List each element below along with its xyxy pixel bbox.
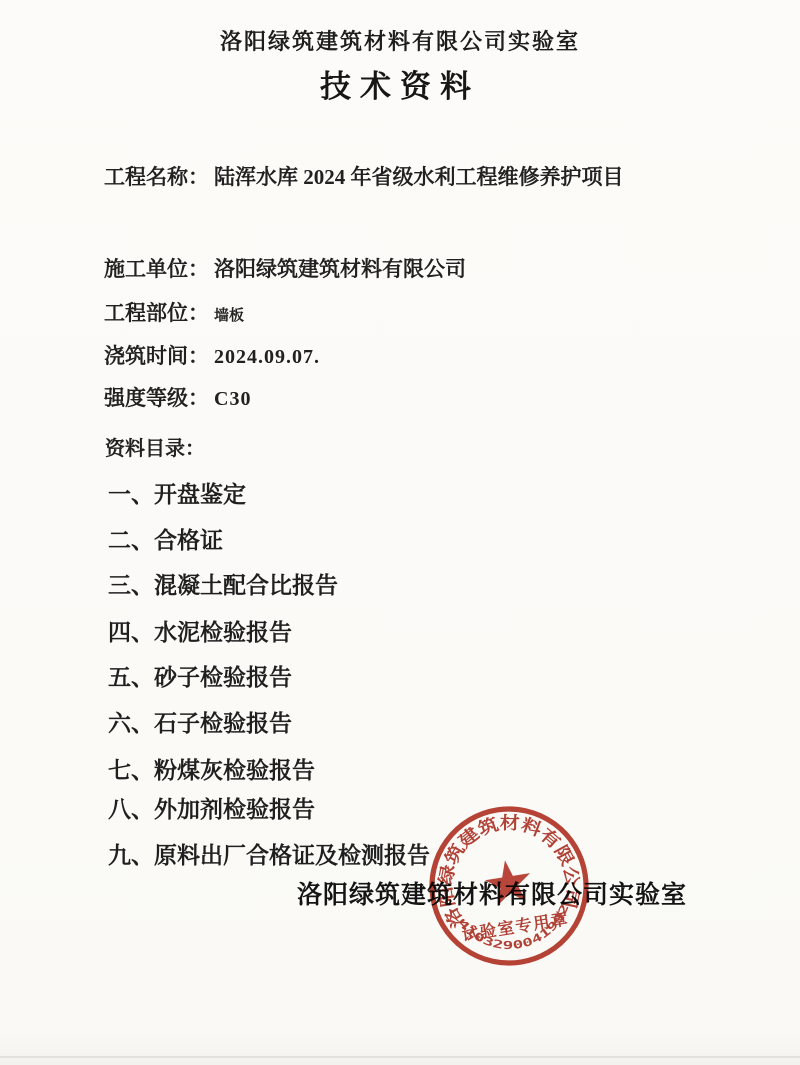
doc-title: 技术资料 bbox=[0, 61, 800, 106]
field-project-name-value: 陆浑水库 2024 年省级水利工程维修养护项目 bbox=[214, 161, 624, 191]
document-page: 洛阳绿筑建筑材料有限公司实验室 技术资料 工程名称： 陆浑水库 2024 年省级… bbox=[0, 0, 800, 1065]
catalog-item-3: 三、混凝土配合比报告 bbox=[108, 567, 338, 600]
catalog-heading: 资料目录： bbox=[105, 432, 205, 461]
catalog-item-1: 一、开盘鉴定 bbox=[108, 476, 246, 509]
field-part: 工程部位： 墙板 bbox=[104, 297, 244, 327]
field-strength: 强度等级： C30 bbox=[104, 382, 251, 412]
field-project-name-label: 工程名称： bbox=[104, 161, 209, 191]
stamp-star-icon bbox=[482, 857, 534, 907]
catalog-item-7: 七、粉煤灰检验报告 bbox=[108, 752, 315, 785]
catalog-item-2: 二、合格证 bbox=[108, 522, 223, 555]
laboratory-stamp: 洛阳绿筑建筑材料有限公司 试验室专用章 4103290041992 bbox=[413, 790, 605, 982]
catalog-item-5: 五、砂子检验报告 bbox=[108, 659, 292, 692]
field-builder: 施工单位： 洛阳绿筑建筑材料有限公司 bbox=[104, 253, 466, 283]
catalog-item-4: 四、水泥检验报告 bbox=[108, 614, 292, 647]
field-pour-date-value: 2024.09.07. bbox=[214, 346, 320, 369]
field-part-label: 工程部位： bbox=[104, 297, 209, 327]
field-project-name: 工程名称： 陆浑水库 2024 年省级水利工程维修养护项目 bbox=[104, 161, 624, 191]
field-strength-label: 强度等级： bbox=[104, 382, 209, 412]
org-title: 洛阳绿筑建筑材料有限公司实验室 bbox=[0, 25, 800, 56]
catalog-item-6: 六、石子检验报告 bbox=[108, 705, 292, 738]
paper-bottom-edge bbox=[0, 1056, 800, 1058]
field-pour-date: 浇筑时间： 2024.09.07. bbox=[104, 340, 320, 370]
field-builder-label: 施工单位： bbox=[104, 253, 209, 283]
field-strength-value: C30 bbox=[214, 388, 251, 411]
field-builder-value: 洛阳绿筑建筑材料有限公司 bbox=[214, 253, 466, 283]
catalog-item-9: 九、原料出厂合格证及检测报告 bbox=[108, 837, 430, 870]
field-pour-date-label: 浇筑时间： bbox=[104, 340, 209, 370]
field-part-value: 墙板 bbox=[214, 304, 244, 325]
catalog-item-8: 八、外加剂检验报告 bbox=[108, 791, 315, 824]
